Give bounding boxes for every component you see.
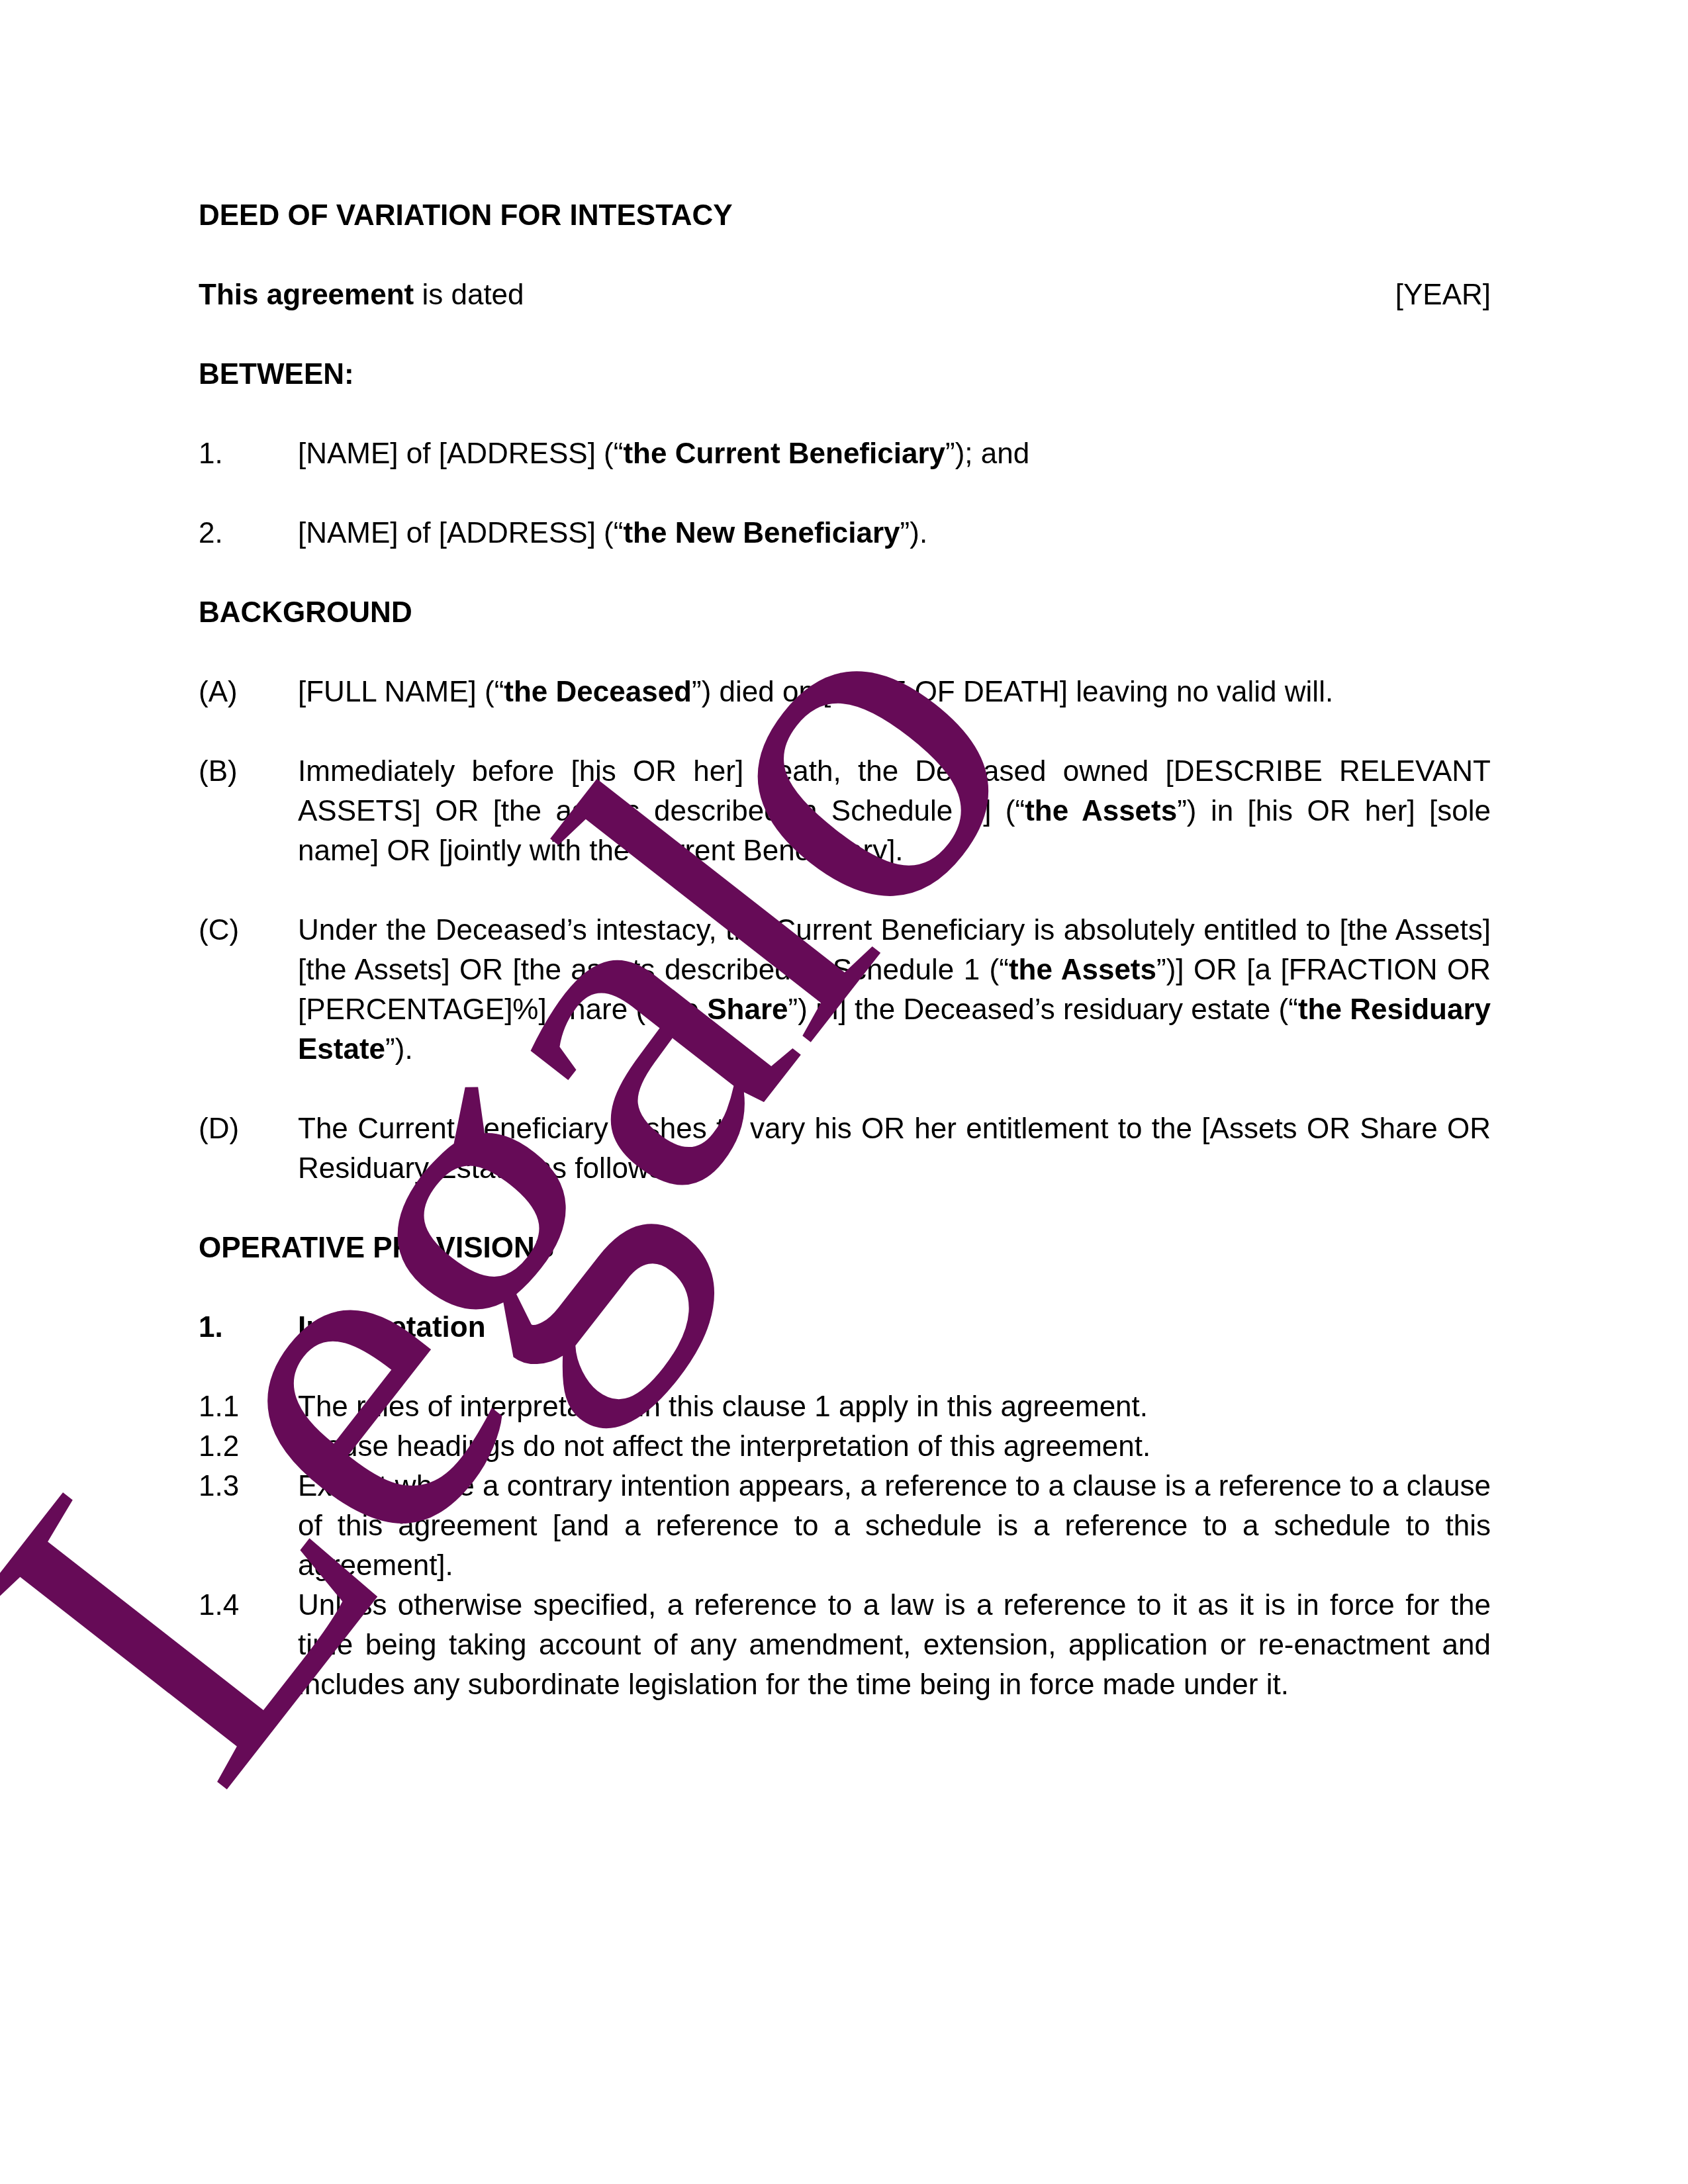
- sub-clause-number: 1.3: [199, 1467, 298, 1586]
- date-lead-bold: This agreement: [199, 279, 414, 311]
- recital-item: (D)The Current Beneficiary wishes to var…: [199, 1109, 1491, 1189]
- recital-label: (B): [199, 752, 298, 871]
- recital-text: Immediately before [his OR her] death, t…: [298, 752, 1491, 871]
- operative-provisions-heading: OPERATIVE PROVISIONS: [199, 1228, 1491, 1268]
- sub-clause-item: 1.2Clause headings do not affect the int…: [199, 1427, 1491, 1467]
- recital-item: (B)Immediately before [his OR her] death…: [199, 752, 1491, 871]
- background-heading: BACKGROUND: [199, 593, 1491, 633]
- clause-number: 1.: [199, 1308, 298, 1347]
- sub-clause-text: Clause headings do not affect the interp…: [298, 1427, 1491, 1467]
- party-text: [NAME] of [ADDRESS] (“the Current Benefi…: [298, 434, 1491, 474]
- party-number: 2.: [199, 514, 298, 553]
- sub-clause-item: 1.4Unless otherwise specified, a referen…: [199, 1586, 1491, 1705]
- date-lead-rest: is dated: [414, 279, 524, 311]
- party-text: [NAME] of [ADDRESS] (“the New Beneficiar…: [298, 514, 1491, 553]
- parties-list: 1.[NAME] of [ADDRESS] (“the Current Bene…: [199, 434, 1491, 553]
- sub-clause-item: 1.1The rules of interpretation in this c…: [199, 1387, 1491, 1427]
- document-title: DEED OF VARIATION FOR INTESTACY: [199, 196, 1491, 236]
- recital-label: (C): [199, 911, 298, 1069]
- clause-heading-interpretation: 1. Interpretation: [199, 1308, 1491, 1347]
- sub-clause-text: The rules of interpretation in this clau…: [298, 1387, 1491, 1427]
- recital-text: [FULL NAME] (“the Deceased”) died on [DA…: [298, 672, 1491, 712]
- recital-item: (C)Under the Deceased’s intestacy, the C…: [199, 911, 1491, 1069]
- defined-term: the Deceased: [504, 676, 692, 708]
- agreement-date-line: This agreement is dated [YEAR]: [199, 275, 1491, 315]
- date-year-placeholder: [YEAR]: [1395, 275, 1491, 315]
- defined-term: the Share: [655, 993, 788, 1026]
- sub-clauses-list: 1.1The rules of interpretation in this c…: [199, 1387, 1491, 1705]
- document-page: DEED OF VARIATION FOR INTESTACY This agr…: [0, 0, 1688, 2184]
- date-statement: This agreement is dated: [199, 275, 524, 315]
- recital-text: Under the Deceased’s intestacy, the Curr…: [298, 911, 1491, 1069]
- party-number: 1.: [199, 434, 298, 474]
- recital-label: (A): [199, 672, 298, 712]
- sub-clause-number: 1.4: [199, 1586, 298, 1705]
- defined-term: the Residuary Estate: [298, 993, 1491, 1066]
- background-recitals: (A)[FULL NAME] (“the Deceased”) died on …: [199, 672, 1491, 1189]
- sub-clause-item: 1.3Except where a contrary intention app…: [199, 1467, 1491, 1586]
- sub-clause-text: Unless otherwise specified, a reference …: [298, 1586, 1491, 1705]
- defined-term: the Assets: [1025, 795, 1177, 827]
- party-item: 1.[NAME] of [ADDRESS] (“the Current Bene…: [199, 434, 1491, 474]
- sub-clause-number: 1.1: [199, 1387, 298, 1427]
- recital-text: The Current Beneficiary wishes to vary h…: [298, 1109, 1491, 1189]
- party-defined-term: the Current Beneficiary: [623, 437, 945, 470]
- sub-clause-number: 1.2: [199, 1427, 298, 1467]
- document-body: DEED OF VARIATION FOR INTESTACY This agr…: [199, 196, 1491, 1705]
- party-item: 2.[NAME] of [ADDRESS] (“the New Benefici…: [199, 514, 1491, 553]
- sub-clause-text: Except where a contrary intention appear…: [298, 1467, 1491, 1586]
- party-defined-term: the New Beneficiary: [623, 517, 900, 549]
- recital-label: (D): [199, 1109, 298, 1189]
- defined-term: the Assets: [1009, 954, 1156, 986]
- recital-item: (A)[FULL NAME] (“the Deceased”) died on …: [199, 672, 1491, 712]
- between-heading: BETWEEN:: [199, 355, 1491, 394]
- clause-title: Interpretation: [298, 1308, 1491, 1347]
